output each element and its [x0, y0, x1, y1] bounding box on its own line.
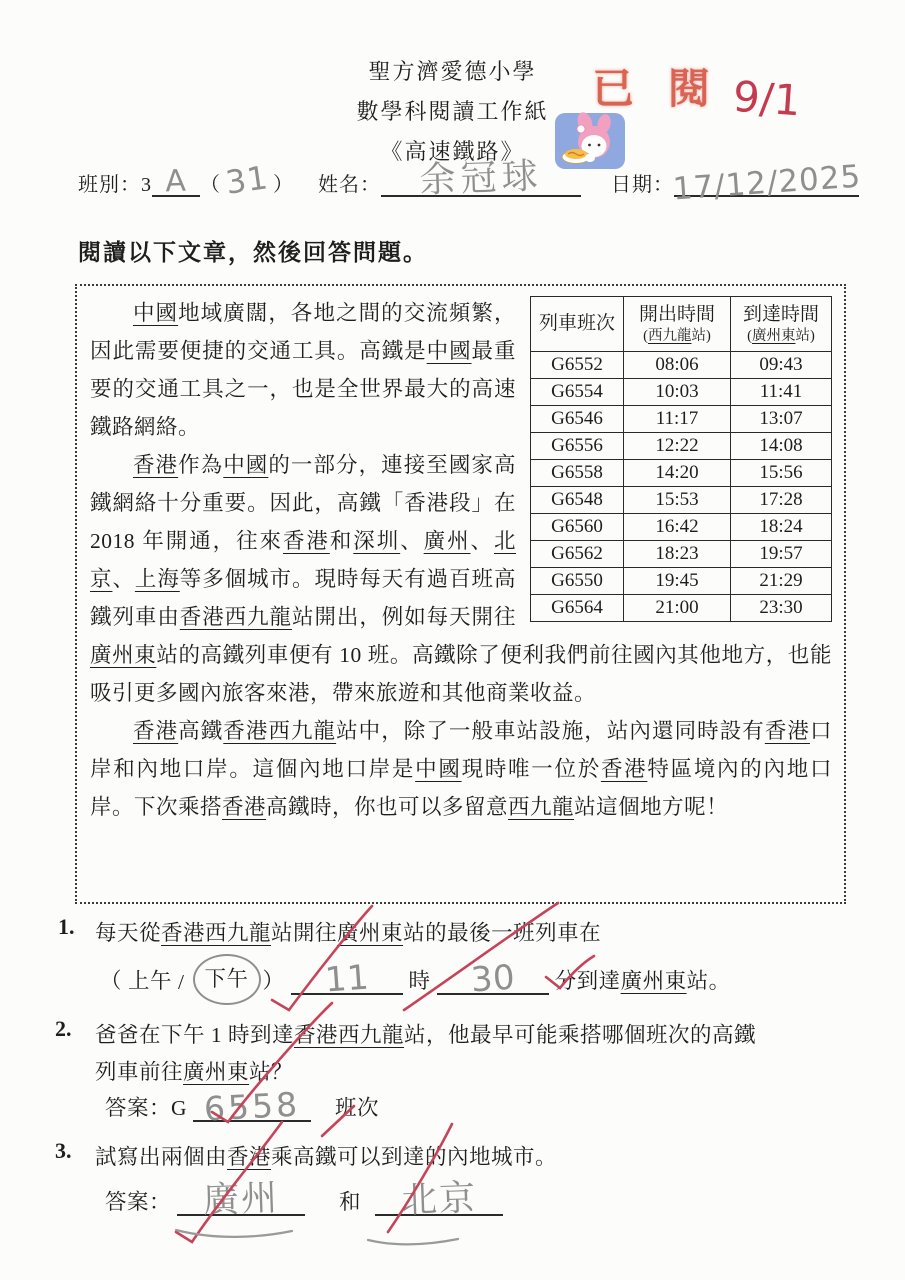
timetable-cell: 11:41 — [731, 379, 832, 406]
timetable-row: G655208:0609:43 — [531, 352, 832, 379]
timetable-row: G656218:2319:57 — [531, 541, 832, 568]
q1-text: 每天從香港西九龍站開往廣州東站的最後一班列車在 — [95, 916, 601, 947]
timetable-cell: 16:42 — [624, 514, 731, 541]
timetable-cell: 08:06 — [624, 352, 731, 379]
col-departure-time: 開出時間 (西九龍站) — [624, 297, 731, 352]
timetable-cell: 18:23 — [624, 541, 731, 568]
timetable-cell: 21:00 — [624, 595, 731, 622]
timetable-cell: 19:57 — [731, 541, 832, 568]
timetable-row: G655814:2015:56 — [531, 460, 832, 487]
q2-answer-handwritten: 6558 — [203, 1085, 301, 1129]
timetable-cell: 23:30 — [731, 595, 832, 622]
date-label: 日期： — [611, 168, 674, 197]
timetable-row: G654815:5317:28 — [531, 487, 832, 514]
instruction-heading: 閱讀以下文章，然後回答問題。 — [78, 234, 428, 267]
q2-answer-blank: 6558 — [193, 1090, 311, 1122]
q3-number: 3. — [55, 1138, 72, 1164]
q1-paren-close: ） — [263, 964, 285, 995]
q1-option-pm-circled: 下午 — [193, 954, 261, 1005]
train-timetable: 列車班次 開出時間 (西九龍站) 到達時間 (廣州東站) G655208:060… — [530, 296, 832, 622]
q1-answer-line: （ 上午 / 下午 ） 11 時 30 分到達廣州東站。 — [100, 962, 737, 995]
timetable-cell: 15:56 — [731, 460, 832, 487]
student-info-row: 班別：3 A （ 31 ） 姓名： 余冠球 日期： 17/12/2025 — [78, 163, 859, 197]
name-handwritten: 余冠球 — [419, 148, 544, 203]
col-arrival-time: 到達時間 (廣州東站) — [731, 297, 832, 352]
timetable-cell: 09:43 — [731, 352, 832, 379]
timetable-cell: 12:22 — [624, 433, 731, 460]
timetable-cell: G6562 — [531, 541, 624, 568]
timetable-cell: 14:20 — [624, 460, 731, 487]
q1-hour-label: 時 — [409, 964, 431, 995]
timetable-row: G655612:2214:08 — [531, 433, 832, 460]
class-label: 班別：3 — [78, 168, 152, 197]
class-handwritten: A — [165, 164, 188, 200]
date-handwritten: 17/12/2025 — [671, 158, 862, 207]
teacher-red-mark: 9/1 — [731, 72, 802, 126]
q3-answer2-blank: 北京 — [375, 1184, 503, 1216]
q3-and-label: 和 — [339, 1185, 361, 1216]
col-train-number: 列車班次 — [531, 297, 624, 352]
q1-option-am: 上午 — [128, 964, 172, 995]
q1-number: 1. — [58, 914, 75, 940]
q2-number: 2. — [55, 1016, 72, 1042]
q1-minute-blank: 30 — [437, 963, 549, 995]
paren-open: （ — [200, 168, 221, 197]
class-blank: A — [152, 165, 200, 197]
pencil-stroke-q3-answer2 — [368, 1239, 458, 1244]
timetable-cell: 11:17 — [624, 406, 731, 433]
timetable-row: G655019:4521:29 — [531, 568, 832, 595]
timetable-cell: 14:08 — [731, 433, 832, 460]
q3-answer2-handwritten: 北京 — [400, 1170, 478, 1224]
q3-answer1-handwritten: 廣州 — [202, 1170, 280, 1224]
q2-text-line2: 列車前往廣州東站？ — [95, 1055, 293, 1086]
paragraph-3: 香港高鐵香港西九龍站中，除了一般車站設施，站內還同時設有香港口岸和內地口岸。這個… — [90, 712, 832, 826]
timetable-cell: 13:07 — [731, 406, 832, 433]
timetable-row: G654611:1713:07 — [531, 406, 832, 433]
q1-tail: 分到達廣州東站。 — [555, 964, 731, 995]
timetable-cell: G6554 — [531, 379, 624, 406]
passage-box: 列車班次 開出時間 (西九龍站) 到達時間 (廣州東站) G655208:060… — [75, 284, 846, 904]
timetable-cell: G6552 — [531, 352, 624, 379]
paren-close: ） — [273, 168, 294, 197]
timetable-cell: 17:28 — [731, 487, 832, 514]
timetable-cell: 15:53 — [624, 487, 731, 514]
q3-answer1-blank: 廣州 — [177, 1184, 305, 1216]
q3-answer-label: 答案： — [105, 1185, 171, 1216]
q1-hour-handwritten: 11 — [323, 958, 370, 1001]
class-number-space: 31 — [221, 167, 273, 197]
q1-minute-handwritten: 30 — [469, 958, 516, 1001]
worksheet-page: 聖方濟愛德小學 數學科閱讀工作紙 《高速鐵路》 已閱 9/1 班別：3 A （ … — [0, 0, 905, 1280]
date-blank: 17/12/2025 — [674, 165, 859, 197]
name-label: 姓名： — [318, 168, 381, 197]
timetable-row: G656421:0023:30 — [531, 595, 832, 622]
timetable-cell: 10:03 — [624, 379, 731, 406]
timetable-cell: G6556 — [531, 433, 624, 460]
q3-text: 試寫出兩個由香港乘高鐵可以到達的內地城市。 — [95, 1140, 557, 1171]
timetable-cell: G6558 — [531, 460, 624, 487]
timetable-cell: G6560 — [531, 514, 624, 541]
q2-answer-label: 答案：G — [105, 1091, 187, 1122]
q1-option-slash: / — [178, 970, 184, 995]
timetable-cell: 19:45 — [624, 568, 731, 595]
timetable-header-row: 列車班次 開出時間 (西九龍站) 到達時間 (廣州東站) — [531, 297, 832, 352]
timetable-row: G656016:4218:24 — [531, 514, 832, 541]
class-number-handwritten: 31 — [223, 158, 271, 202]
my-melody-sticker — [554, 112, 626, 170]
timetable-cell: 21:29 — [731, 568, 832, 595]
timetable-row: G655410:0311:41 — [531, 379, 832, 406]
q2-answer-suffix: 班次 — [335, 1091, 379, 1122]
timetable-cell: G6564 — [531, 595, 624, 622]
timetable-cell: G6550 — [531, 568, 624, 595]
q2-answer-line: 答案：G 6558 班次 — [105, 1090, 385, 1122]
name-blank: 余冠球 — [381, 165, 581, 197]
pencil-stroke-q3-answer1 — [176, 1230, 292, 1237]
q1-paren-open: （ — [100, 964, 122, 995]
timetable-cell: G6548 — [531, 487, 624, 514]
checked-stamp: 已閱 — [592, 56, 744, 116]
timetable-cell: G6546 — [531, 406, 624, 433]
q2-text-line1: 爸爸在下午 1 時到達香港西九龍站，他最早可能乘搭哪個班次的高鐵 — [95, 1018, 756, 1049]
q3-answer-line: 答案： 廣州 和 北京 — [105, 1184, 509, 1216]
timetable-cell: 18:24 — [731, 514, 832, 541]
q1-hour-blank: 11 — [291, 963, 403, 995]
